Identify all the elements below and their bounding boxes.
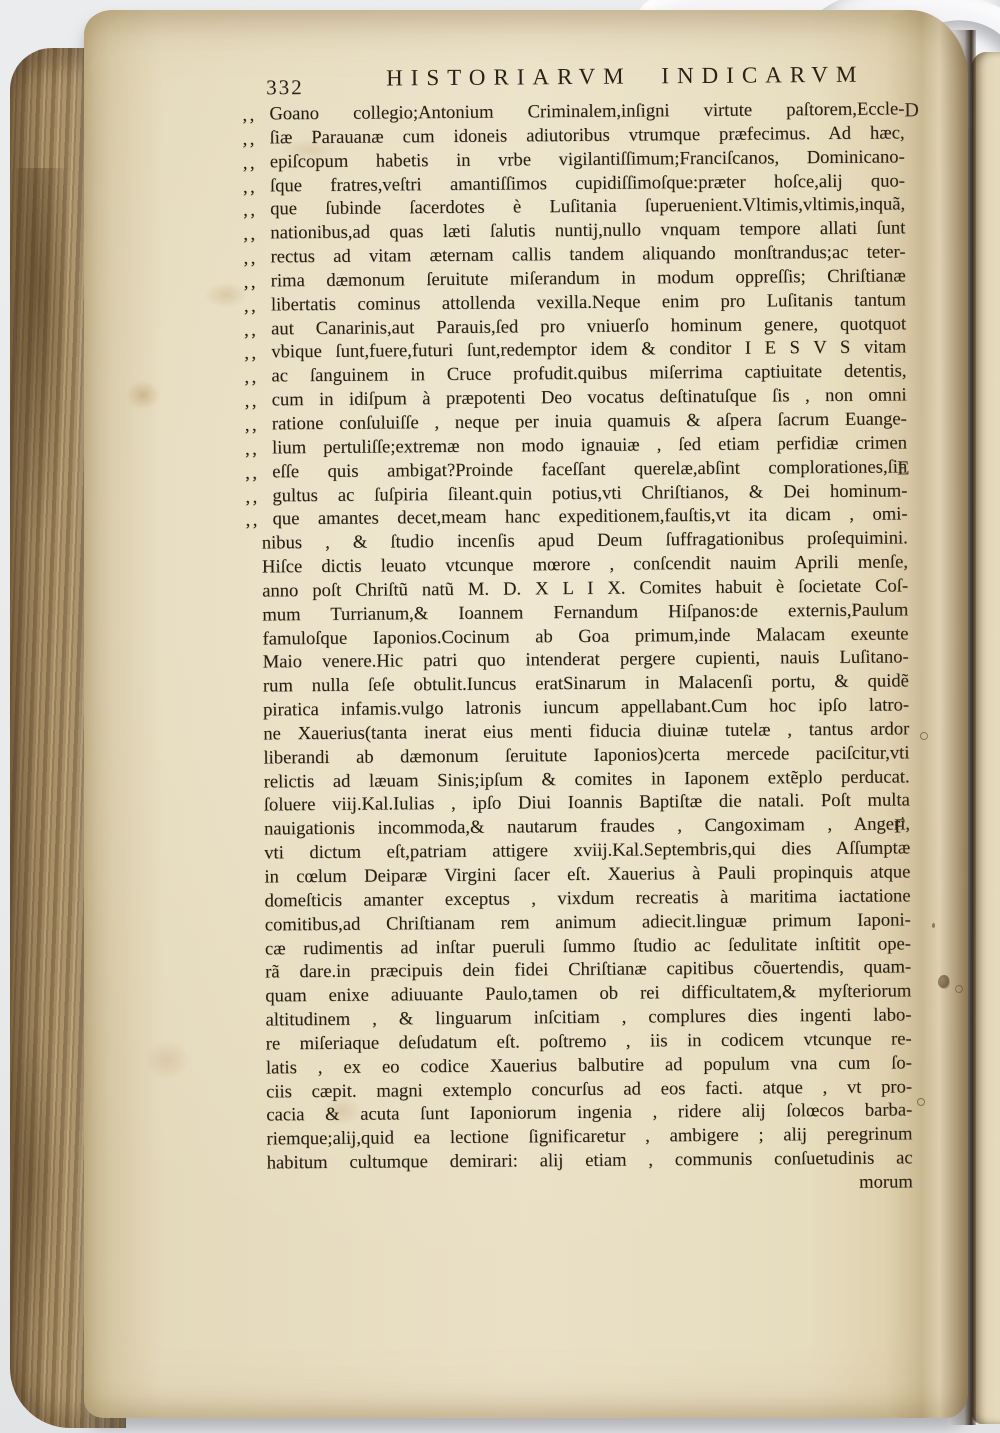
quotation-mark: ,,: [245, 390, 259, 414]
running-header: HISTORIARVM INDICARVM: [386, 62, 864, 92]
quotation-mark: ,,: [245, 485, 259, 509]
ink-speck: [920, 732, 928, 740]
quotation-mark: ,,: [245, 437, 259, 461]
quotation-mark: ,,: [243, 247, 257, 271]
ink-speck: [955, 985, 963, 993]
quotation-mark: ,,: [246, 509, 260, 533]
ink-speck: [917, 1098, 925, 1106]
foxing-spot: [144, 1040, 190, 1080]
margin-letter-E: E: [897, 457, 927, 480]
quotation-mark: ,,: [243, 151, 257, 175]
book-page: 332 HISTORIARVM INDICARVM ,,Goano colleg…: [84, 10, 968, 1418]
quotation-mark: ,,: [244, 342, 258, 366]
quotation-mark: ,,: [245, 413, 259, 437]
margin-letter-F: F: [894, 815, 924, 838]
quotation-mark: ,,: [244, 366, 258, 390]
text-block: ,,Goano collegio;Antonium Criminalem,inſ…: [242, 97, 912, 1175]
quotation-mark: ,,: [243, 223, 257, 247]
running-head-row: 332 HISTORIARVM INDICARVM: [242, 57, 904, 102]
quotation-mark: ,,: [244, 294, 258, 318]
quotation-mark: ,,: [244, 270, 258, 294]
book-photograph: 332 HISTORIARVM INDICARVM ,,Goano colleg…: [0, 0, 1000, 1433]
catchword: morum: [859, 1171, 913, 1192]
facing-page-sliver: [972, 52, 1000, 1424]
edge-wear-spot: [12, 1028, 60, 1328]
edge-wear-spot: [16, 168, 72, 548]
quotation-mark: ,,: [243, 175, 257, 199]
ink-speck: [932, 923, 935, 928]
quotation-mark: ,,: [245, 461, 259, 485]
quotation-mark: ,,: [243, 199, 257, 223]
ink-speck: [938, 975, 949, 988]
printed-content: 332 HISTORIARVM INDICARVM ,,Goano colleg…: [242, 57, 913, 1199]
quotation-mark: ,,: [244, 318, 258, 342]
foxing-spot: [126, 380, 160, 410]
quotation-mark: ,,: [243, 127, 257, 151]
foxing-spot: [204, 282, 248, 308]
margin-letter-D: D: [904, 99, 934, 122]
quotation-mark: ,,: [242, 103, 256, 127]
page-number: 332: [266, 75, 304, 100]
